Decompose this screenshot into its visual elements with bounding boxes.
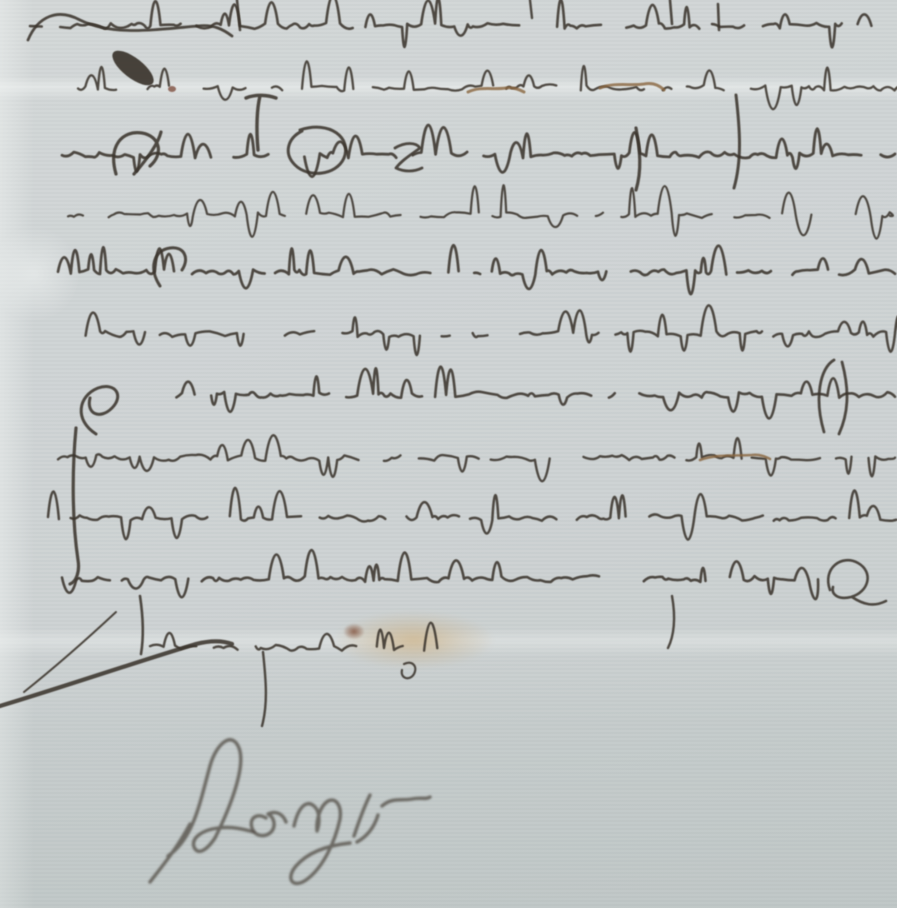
tall-t <box>246 95 276 150</box>
text-lines <box>30 0 897 651</box>
cut-stroke-4 <box>718 4 719 30</box>
handwriting-line <box>78 61 897 109</box>
heavy-blob <box>107 45 159 92</box>
red-dot <box>168 86 176 92</box>
handwriting-line <box>48 488 896 540</box>
q-flourish-line10 <box>828 560 886 604</box>
handwriting-line <box>68 185 893 238</box>
handwriting-line <box>86 305 897 355</box>
big-diagonal <box>0 641 232 706</box>
descender-line10 <box>668 596 674 648</box>
cut-stroke-2 <box>530 0 532 18</box>
handwriting-line <box>62 550 818 599</box>
handwriting-line <box>62 125 895 177</box>
line3-descender <box>636 128 640 190</box>
thin-diagonal <box>24 612 116 692</box>
flourish-strokes <box>0 0 886 726</box>
signature-stroke <box>382 797 430 806</box>
s-flourish-line7 <box>81 387 118 434</box>
signature-stroke <box>251 812 286 835</box>
manuscript-page <box>0 0 897 908</box>
signature-stroke <box>291 800 350 883</box>
cut-stroke-3 <box>670 0 672 24</box>
signature-stroke <box>150 740 254 882</box>
long-vertical-left <box>70 428 79 584</box>
vertical-hook <box>140 596 143 654</box>
line3-descender-2 <box>734 95 740 188</box>
signature-stroke <box>354 795 378 842</box>
warm-word-1 <box>468 88 524 92</box>
z-letter <box>395 144 422 172</box>
handwriting-line <box>30 0 888 47</box>
o-glyph-line11 <box>402 663 416 678</box>
signature-loys <box>150 740 430 884</box>
cut-stroke-1 <box>237 0 240 30</box>
handwriting-layer <box>0 0 897 908</box>
descender-line11 <box>262 652 266 726</box>
handwriting-line <box>176 367 895 419</box>
tall-cl-right <box>819 360 847 434</box>
